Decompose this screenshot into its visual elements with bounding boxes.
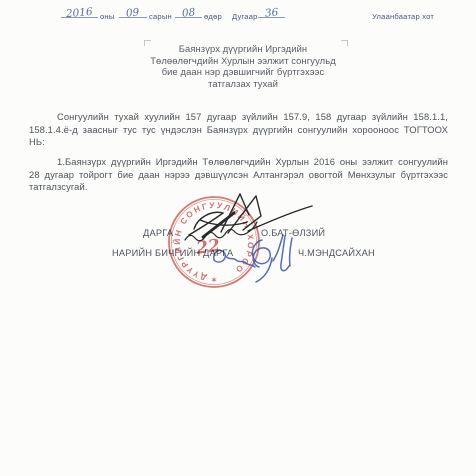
- handwritten-day: 08: [181, 6, 195, 19]
- date-year-label: оны: [100, 12, 114, 21]
- stamp-seal: ДҮҮРГИЙН СОНГУУЛИЙН ХОРОО ✶ 22: [169, 197, 259, 287]
- handwritten-number: 36: [264, 6, 278, 19]
- title-line-2: Төлөөлөгчдийн Хурлын ээлжит сонгуульд: [105, 55, 381, 67]
- date-month-label: сарын: [149, 12, 172, 21]
- signature-role-secretary: НАРИЙН БИЧГИЙН ДАРГА: [112, 248, 233, 258]
- signature-role-chairman: ДАРГА: [143, 228, 173, 238]
- title-line-4: татгалзах тухай: [105, 78, 381, 90]
- document-number-label: Дугаар: [232, 12, 258, 21]
- document-title: Баянзүрх дүүргийн Иргэдийн Төлөөлөгчдийн…: [105, 43, 381, 90]
- body-paragraph-2: 1.Баянзүрх дүүргийн Иргэдийн Төлөөлөгчди…: [29, 156, 448, 194]
- document-number-blank: 36: [258, 4, 285, 18]
- stamp-ring-text: ДҮҮРГИЙН СОНГУУЛИЙН ХОРОО: [171, 201, 255, 282]
- scanned-decree-document: 2016 оны 09 сарын 08 өдөр Дугаар 36 Улаа…: [0, 0, 476, 476]
- handwritten-month: 09: [126, 6, 140, 19]
- city-label: Улаанбаатар хот: [372, 12, 434, 21]
- stamp-star-icon: ✶: [210, 275, 218, 285]
- signature-secretary-ink: [214, 235, 292, 282]
- date-year-blank: 2016: [61, 4, 98, 18]
- title-line-1: Баянзүрх дүүргийн Иргэдийн: [105, 43, 381, 55]
- signature-name-chairman: О.БАТ-ӨЛЗИЙ: [261, 228, 325, 238]
- body-paragraph-1: Сонгуулийн тухай хуулийн 157 дугаар зүйл…: [29, 111, 448, 149]
- stamp-outer-ring: [169, 197, 259, 287]
- signature-name-secretary: Ч.МЭНДСАЙХАН: [298, 248, 375, 258]
- handwritten-year: 2016: [66, 6, 94, 20]
- stamp-inner-ring: [171, 199, 256, 284]
- date-day-label: өдөр: [204, 12, 222, 21]
- title-line-3: бие даан нэр дэвшигчийг бүртгэхээс: [105, 66, 381, 78]
- date-month-blank: 09: [119, 4, 147, 18]
- date-day-blank: 08: [175, 4, 202, 18]
